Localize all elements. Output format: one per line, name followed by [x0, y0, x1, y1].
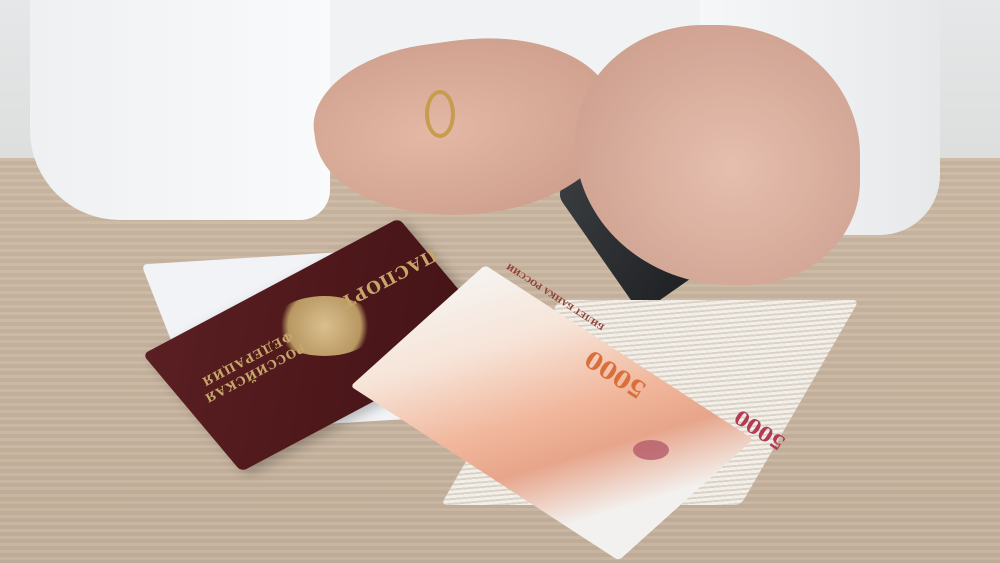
banknote-seal-icon [633, 440, 669, 460]
wedding-ring [425, 90, 455, 138]
photo-scene: ПАСПОРТ РОССИЙСКАЯ ФЕДЕРАЦИЯ БИЛЕТ БАНКА… [0, 0, 1000, 563]
shirt-left-sleeve [30, 0, 330, 220]
